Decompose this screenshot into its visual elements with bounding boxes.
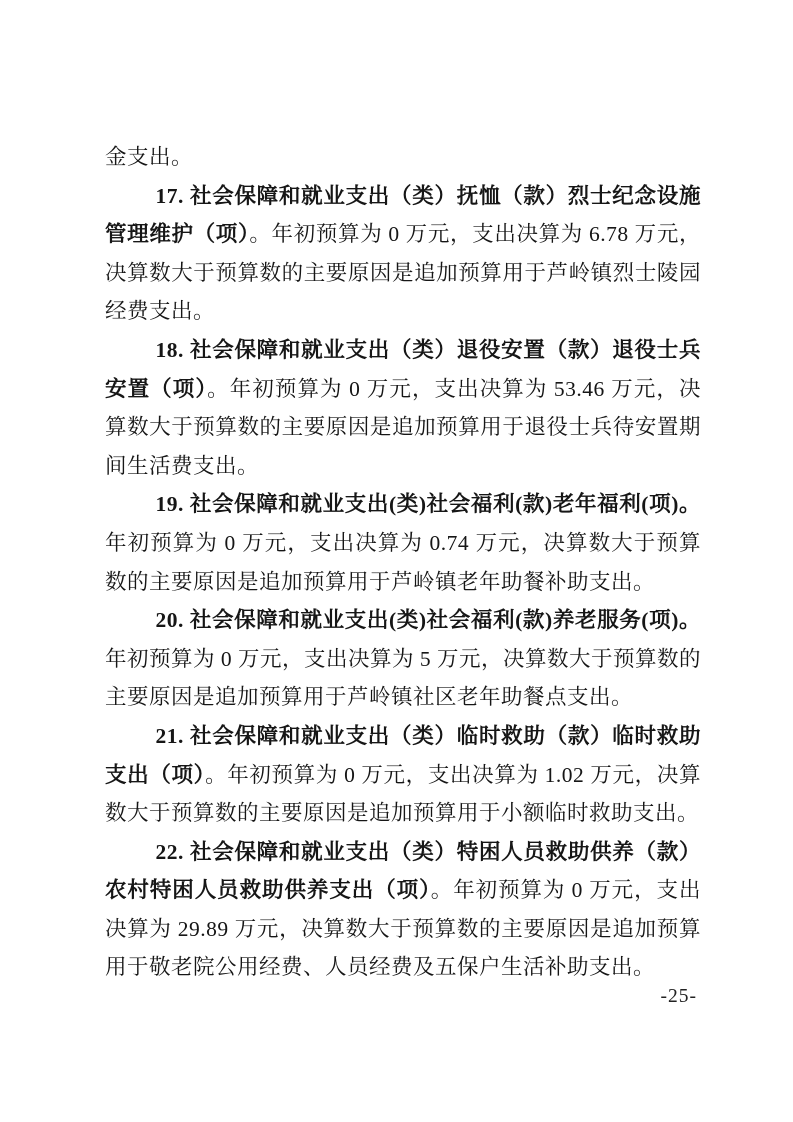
- budget-item-body: 年初预算为 0 万元，支出决算为 5 万元，决算数大于预算数的主要原因是追加预算…: [105, 647, 701, 710]
- continuation-paragraph: 金支出。: [105, 138, 701, 177]
- budget-item-paragraph-17: 17. 社会保障和就业支出（类）抚恤（款）烈士纪念设施管理维护（项）。年初预算为…: [105, 177, 701, 331]
- budget-item-heading: 20. 社会保障和就业支出(类)社会福利(款)养老服务(项)。: [156, 608, 701, 632]
- budget-item-body: 年初预算为 0 万元，支出决算为 0.74 万元，决算数大于预算数的主要原因是追…: [105, 531, 701, 594]
- budget-item-paragraph-20: 20. 社会保障和就业支出(类)社会福利(款)养老服务(项)。年初预算为 0 万…: [105, 601, 701, 717]
- budget-item-paragraph-22: 22. 社会保障和就业支出（类）特困人员救助供养（款）农村特困人员救助供养支出（…: [105, 833, 701, 987]
- document-body-text: 金支出。 17. 社会保障和就业支出（类）抚恤（款）烈士纪念设施管理维护（项）。…: [105, 138, 701, 987]
- budget-item-paragraph-18: 18. 社会保障和就业支出（类）退役安置（款）退役士兵安置（项）。年初预算为 0…: [105, 331, 701, 485]
- document-page: 金支出。 17. 社会保障和就业支出（类）抚恤（款）烈士纪念设施管理维护（项）。…: [0, 0, 793, 1122]
- page-number: -25-: [577, 986, 697, 1008]
- budget-item-paragraph-19: 19. 社会保障和就业支出(类)社会福利(款)老年福利(项)。年初预算为 0 万…: [105, 485, 701, 601]
- budget-item-paragraph-21: 21. 社会保障和就业支出（类）临时救助（款）临时救助支出（项）。年初预算为 0…: [105, 717, 701, 833]
- budget-item-heading: 19. 社会保障和就业支出(类)社会福利(款)老年福利(项)。: [156, 492, 701, 516]
